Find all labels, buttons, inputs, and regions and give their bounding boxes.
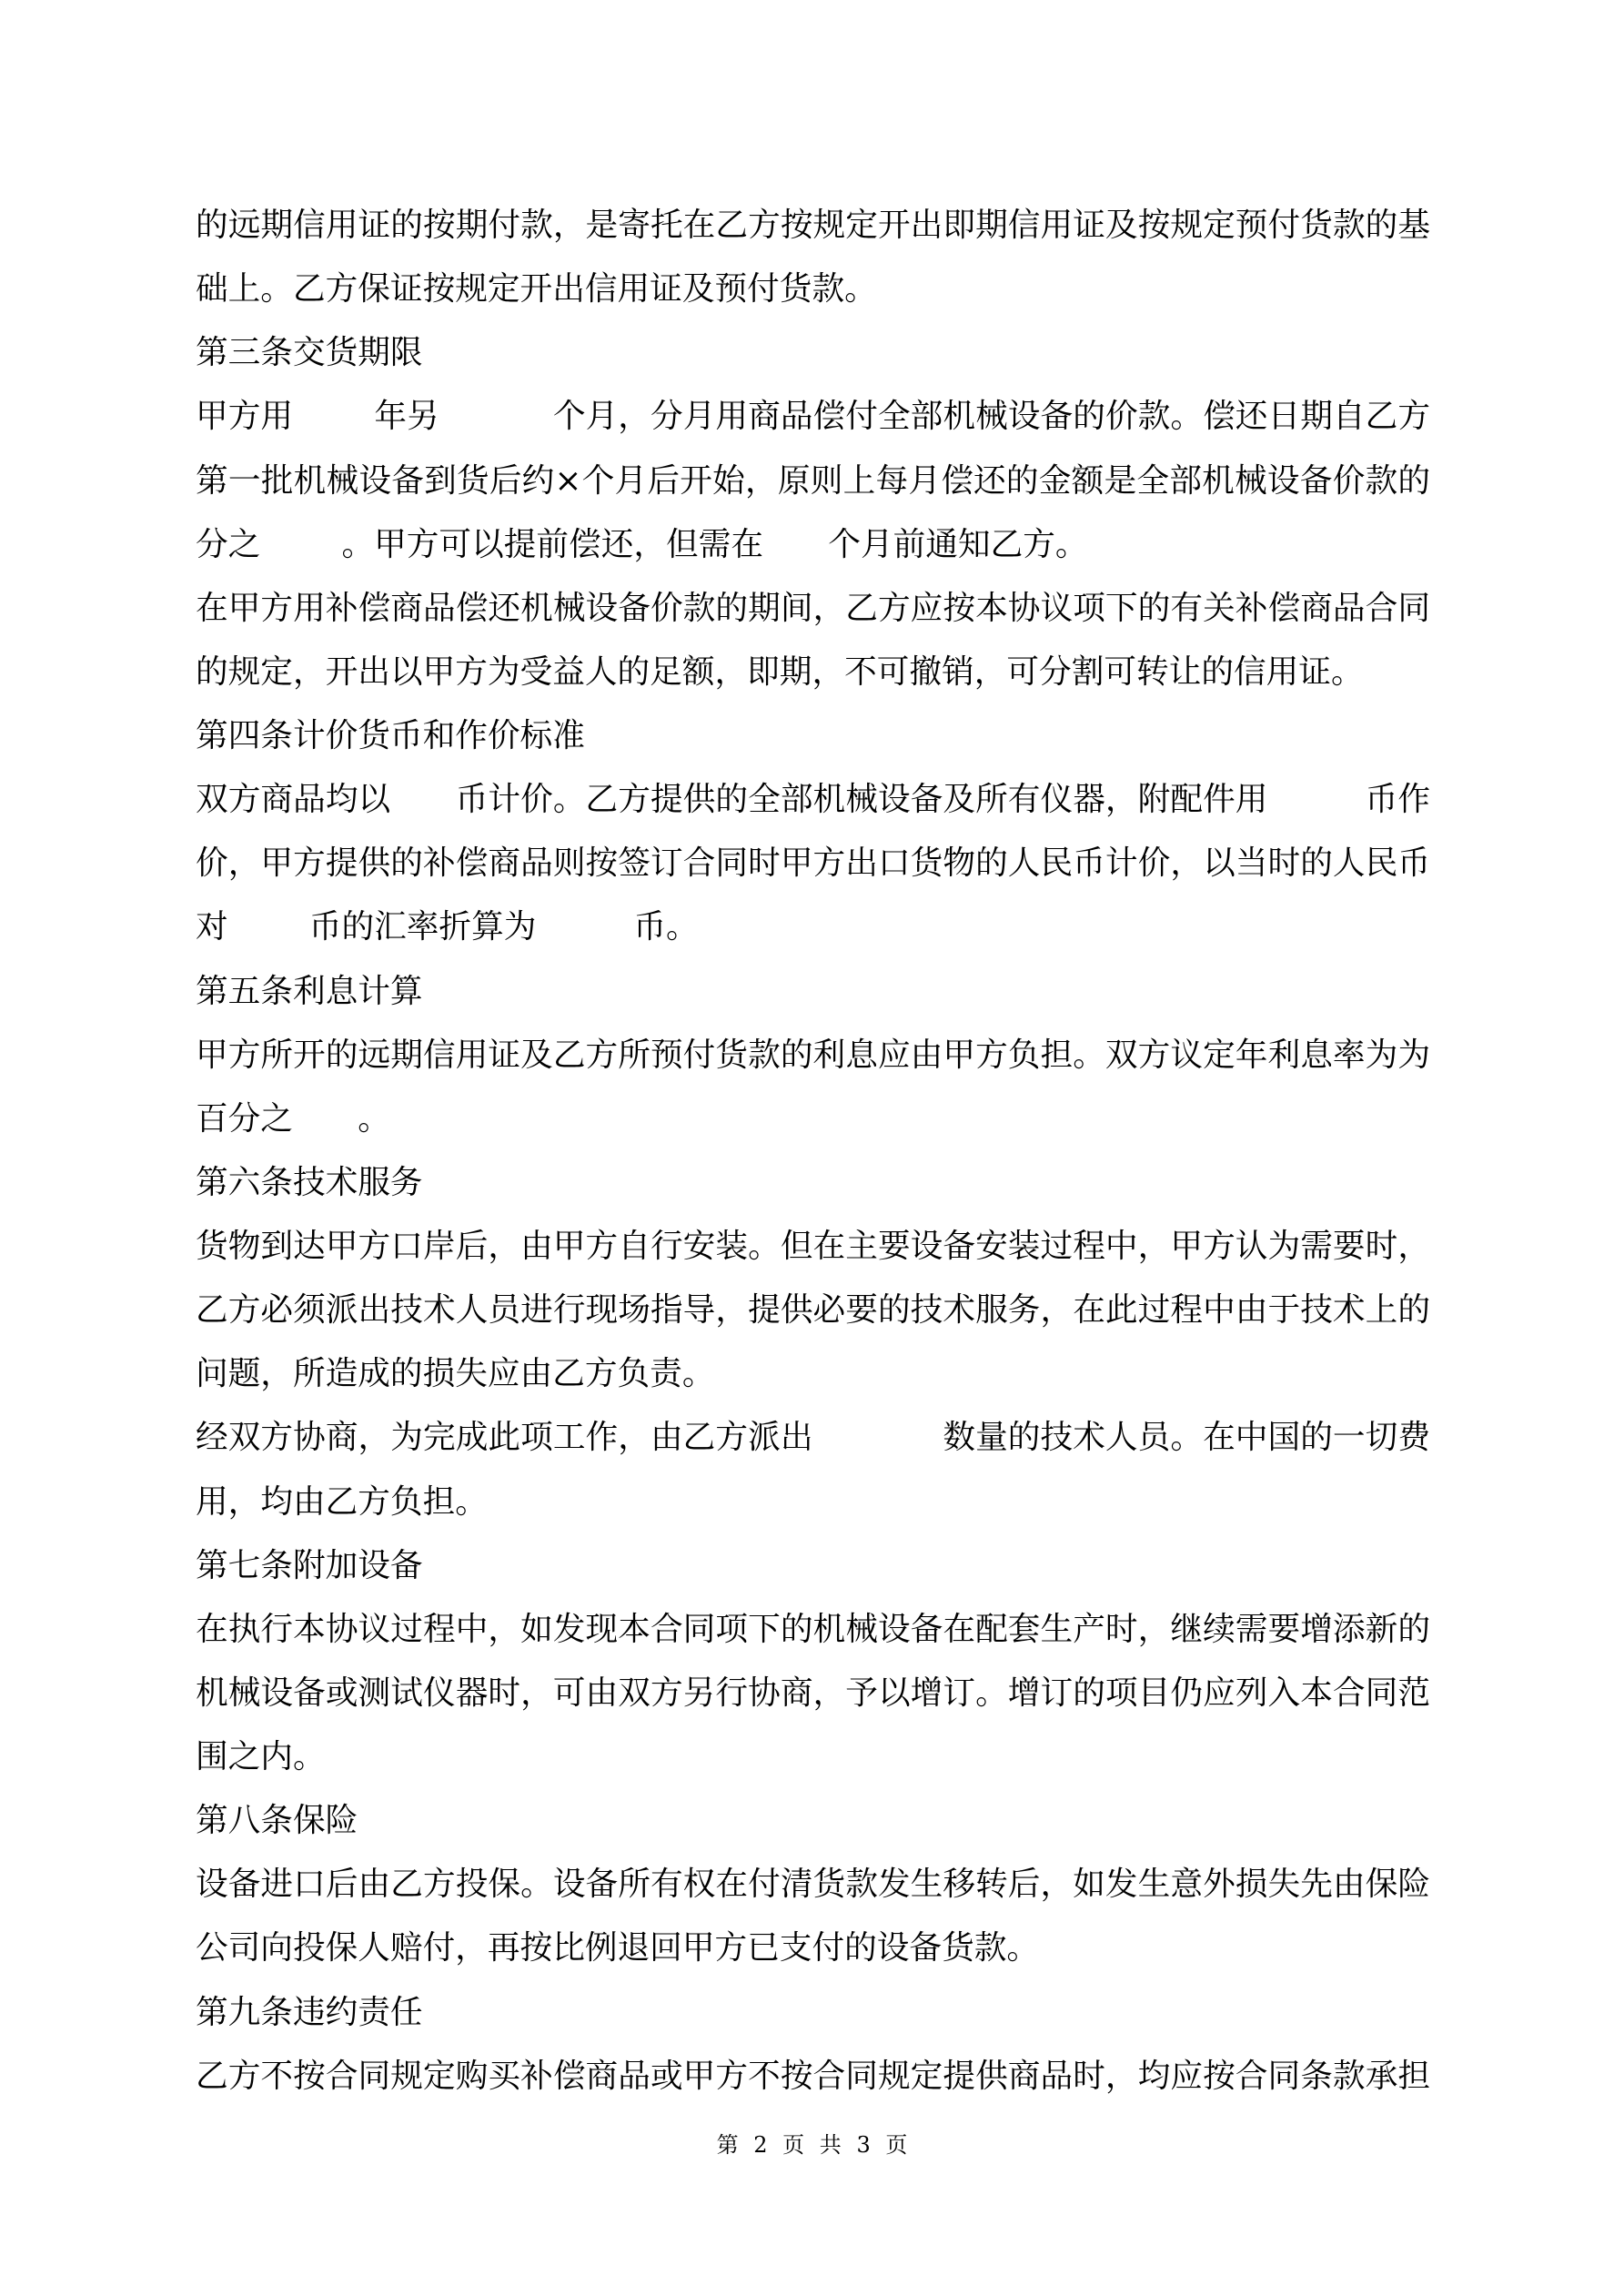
body-line: 乙方必须派出技术人员进行现场指导，提供必要的技术服务，在此过程中由于技术上的 (196, 1279, 1430, 1342)
body-line: 围之内。 (196, 1725, 1430, 1789)
body-line: 对 币的汇率折算为 币。 (196, 895, 1430, 959)
body-line: 货物到达甲方口岸后，由甲方自行安装。但在主要设备安装过程中，甲方认为需要时， (196, 1215, 1430, 1279)
body-line: 甲方用 年另 个月，分月用商品偿付全部机械设备的价款。偿还日期自乙方 (196, 385, 1430, 449)
document-body: 的远期信用证的按期付款，是寄托在乙方按规定开出即期信用证及按规定预付货款的基 础… (196, 194, 1430, 2109)
body-line: 设备进口后由乙方投保。设备所有权在付清货款发生移转后，如发生意外损失先由保险 (196, 1853, 1430, 1917)
article-heading: 第四条计价货币和作价标准 (196, 704, 1430, 768)
body-line: 甲方所开的远期信用证及乙方所预付货款的利息应由甲方负担。双方议定年利息率为为 (196, 1024, 1430, 1087)
article-heading: 第六条技术服务 (196, 1151, 1430, 1215)
body-line: 的规定，开出以甲方为受益人的足额，即期，不可撤销，可分割可转让的信用证。 (196, 641, 1430, 704)
body-line: 用，均由乙方负担。 (196, 1471, 1430, 1534)
body-line: 础上。乙方保证按规定开出信用证及预付货款。 (196, 258, 1430, 321)
body-line: 在甲方用补偿商品偿还机械设备价款的期间，乙方应按本协议项下的有关补偿商品合同 (196, 577, 1430, 641)
body-line: 机械设备或测试仪器时，可由双方另行协商，予以增订。增订的项目仍应列入本合同范 (196, 1662, 1430, 1725)
article-heading: 第九条违约责任 (196, 1981, 1430, 2045)
body-line: 分之 。甲方可以提前偿还，但需在 个月前通知乙方。 (196, 513, 1430, 577)
body-line: 问题，所造成的损失应由乙方负责。 (196, 1342, 1430, 1406)
body-line: 百分之 。 (196, 1087, 1430, 1151)
body-line: 第一批机械设备到货后约×个月后开始，原则上每月偿还的金额是全部机械设备价款的 (196, 450, 1430, 513)
article-heading: 第五条利息计算 (196, 960, 1430, 1024)
body-line: 在执行本协议过程中，如发现本合同项下的机械设备在配套生产时，继续需要增添新的 (196, 1598, 1430, 1662)
body-line: 乙方不按合同规定购买补偿商品或甲方不按合同规定提供商品时，均应按合同条款承担 (196, 2045, 1430, 2109)
article-heading: 第三条交货期限 (196, 321, 1430, 385)
body-line: 经双方协商，为完成此项工作，由乙方派出 数量的技术人员。在中国的一切费 (196, 1406, 1430, 1470)
body-line: 的远期信用证的按期付款，是寄托在乙方按规定开出即期信用证及按规定预付货款的基 (196, 194, 1430, 258)
body-line: 公司向投保人赔付，再按比例退回甲方已支付的设备货款。 (196, 1917, 1430, 1980)
document-page: 的远期信用证的按期付款，是寄托在乙方按规定开出即期信用证及按规定预付货款的基 础… (0, 0, 1624, 2296)
body-line: 价，甲方提供的补偿商品则按签订合同时甲方出口货物的人民币计价，以当时的人民币 (196, 832, 1430, 895)
article-heading: 第七条附加设备 (196, 1534, 1430, 1598)
body-line: 双方商品均以 币计价。乙方提供的全部机械设备及所有仪器，附配件用 币作 (196, 768, 1430, 832)
article-heading: 第八条保险 (196, 1789, 1430, 1853)
page-number-footer: 第 2 页 共 3 页 (0, 2131, 1624, 2159)
